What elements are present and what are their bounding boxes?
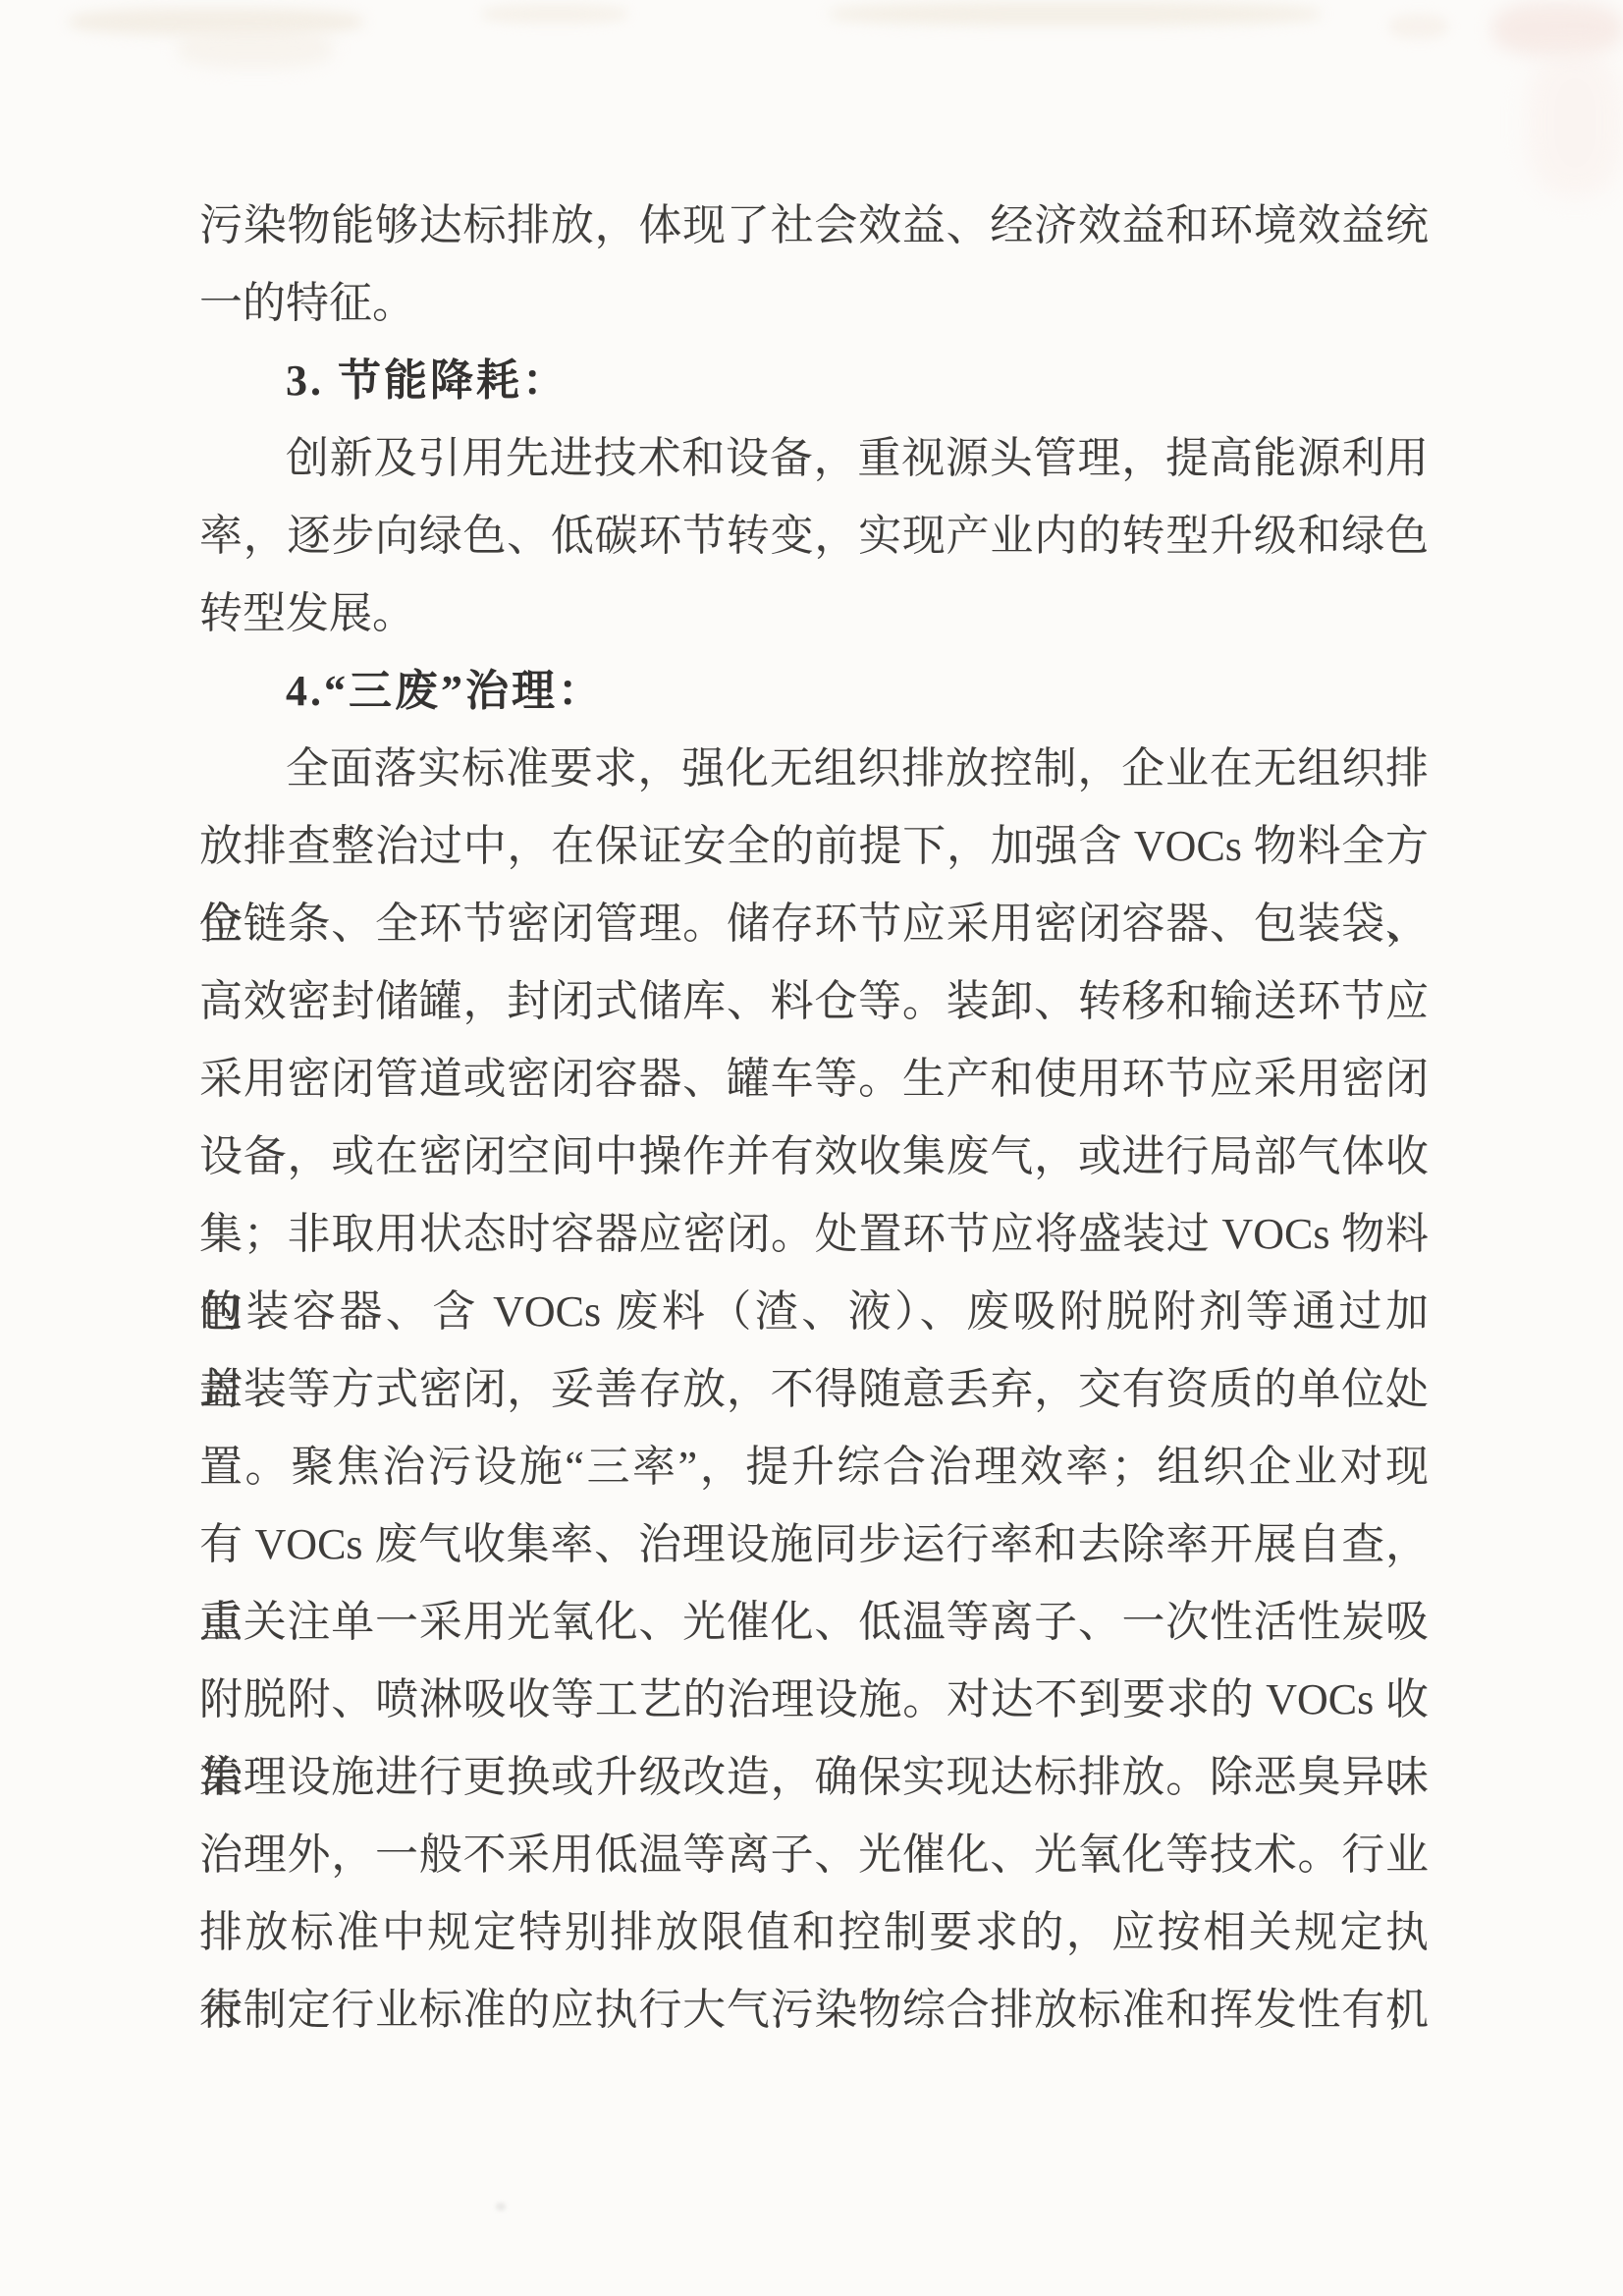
text-line: 设备，或在密闭空间中操作并有效收集废气，或进行局部气体收 (199, 1118, 1429, 1195)
text-line: 治理设施进行更换或升级改造，确保实现达标排放。除恶臭异味 (199, 1738, 1429, 1816)
text-line: 附脱附、喷淋吸收等工艺的治理设施。对达不到要求的 VOCs 收集、 (199, 1661, 1429, 1738)
text-line: 集；非取用状态时容器应密闭。处置环节应将盛装过 VOCs 物料的 (199, 1195, 1429, 1273)
text-line: 未制定行业标准的应执行大气污染物综合排放标准和挥发性有机 (199, 1971, 1429, 2049)
section-heading: 3. 节能降耗： (199, 342, 1429, 419)
text-line: 封装等方式密闭，妥善存放，不得随意丢弃，交有资质的单位处 (199, 1350, 1429, 1428)
scan-artifact (69, 8, 363, 35)
scan-artifact (1527, 49, 1623, 196)
text-line: 率，逐步向绿色、低碳环节转变，实现产业内的转型升级和绿色 (199, 497, 1429, 574)
scan-artifact (1492, 2, 1623, 56)
text-line: 全面落实标准要求，强化无组织排放控制，企业在无组织排 (199, 730, 1429, 807)
text-line: 治理外，一般不采用低温等离子、光催化、光氧化等技术。行业 (199, 1816, 1429, 1893)
text-line: 全链条、全环节密闭管理。储存环节应采用密闭容器、包装袋， (199, 885, 1429, 962)
scan-artifact (1389, 14, 1448, 39)
scan-artifact (177, 29, 334, 69)
text-line: 排放标准中规定特别排放限值和控制要求的，应按相关规定执行； (199, 1893, 1429, 1971)
text-line: 包装容器、含 VOCs 废料（渣、液）、废吸附脱附剂等通过加盖、 (199, 1273, 1429, 1350)
document-body: 污染物能够达标排放，体现了社会效益、经济效益和环境效益统一的特征。3. 节能降耗… (199, 187, 1429, 2049)
text-line: 采用密闭管道或密闭容器、罐车等。生产和使用环节应采用密闭 (199, 1040, 1429, 1118)
section-heading: 4.“三废”治理： (199, 652, 1429, 730)
text-line: 高效密封储罐，封闭式储库、料仓等。装卸、转移和输送环节应 (199, 962, 1429, 1040)
text-line: 点关注单一采用光氧化、光催化、低温等离子、一次性活性炭吸 (199, 1583, 1429, 1661)
text-line: 置。聚焦治污设施“三率”，提升综合治理效率；组织企业对现 (199, 1428, 1429, 1505)
text-line: 创新及引用先进技术和设备，重视源头管理，提高能源利用 (199, 419, 1429, 497)
scanned-document-page: 污染物能够达标排放，体现了社会效益、经济效益和环境效益统一的特征。3. 节能降耗… (0, 0, 1623, 2296)
text-line: 污染物能够达标排放，体现了社会效益、经济效益和环境效益统 (199, 187, 1429, 264)
text-line: 一的特征。 (199, 264, 1429, 342)
scan-artifact (496, 2203, 506, 2211)
text-line: 放排查整治过中，在保证安全的前提下，加强含 VOCs 物料全方位、 (199, 807, 1429, 885)
text-line: 转型发展。 (199, 574, 1429, 652)
text-line: 有 VOCs 废气收集率、治理设施同步运行率和去除率开展自查，重 (199, 1505, 1429, 1583)
scan-artifact (830, 2, 1321, 26)
scan-artifact (481, 4, 628, 24)
